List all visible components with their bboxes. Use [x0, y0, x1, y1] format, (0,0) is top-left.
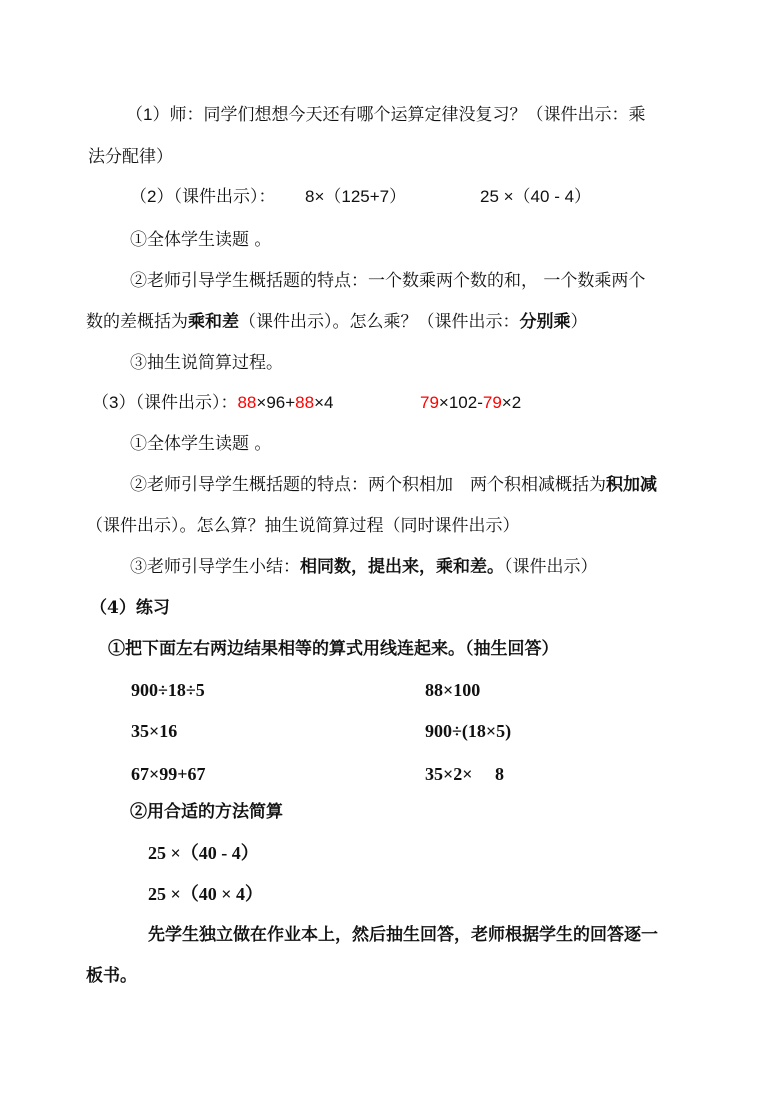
- calc-expr: 25 ×（40 × 4）: [148, 883, 263, 905]
- calc-expr: 25 ×（40 - 4）: [148, 842, 259, 864]
- p4-title: （4）练习: [90, 597, 170, 619]
- p4-note-line1: 先学生独立做在作业本上，然后抽生回答，老师根据学生的回答逐一: [148, 924, 658, 946]
- highlight-number: 88: [295, 393, 314, 412]
- p3-item2-line1: ②老师引导学生概括题的特点：两个积相加 两个积相减概括为积加减: [130, 474, 657, 496]
- p3-line: （3）（课件出示）：88×96+88×4: [92, 392, 333, 414]
- p4-q1: ①把下面左右两边结果相等的算式用线连起来。（抽生回答）: [108, 638, 559, 660]
- p2-expr1: 8×（125+7）: [305, 186, 406, 208]
- text: 数的差概括为: [86, 312, 188, 332]
- p2-expr2: 25 ×（40 - 4）: [480, 186, 591, 208]
- p4-note-line2: 板书。: [86, 965, 137, 987]
- right-expr: 900÷(18×5): [425, 720, 511, 742]
- bold-term: 分别乘: [520, 312, 571, 332]
- p4-q2: ②用合适的方法简算: [130, 801, 283, 823]
- text: ）: [571, 312, 588, 332]
- text: （课件出示）。怎么乘？（课件出示：: [239, 312, 520, 332]
- p1-line1: （1）师：同学们想想今天还有哪个运算定律没复习？（课件出示：乘: [126, 104, 645, 126]
- highlight-number: 79: [483, 393, 502, 412]
- text: （课件出示）: [504, 557, 598, 577]
- left-expr: 900÷18÷5: [131, 679, 205, 701]
- p3-item2-line2: （课件出示）。怎么算？抽生说简算过程（同时课件出示）: [86, 515, 520, 537]
- text: ×2: [502, 393, 521, 412]
- p2-item2-line2: 数的差概括为乘和差（课件出示）。怎么乘？（课件出示：分别乘）: [86, 311, 588, 333]
- p2-item2-line1: ②老师引导学生概括题的特点：一个数乘两个数的和， 一个数乘两个: [130, 270, 645, 292]
- right-expr: 35×2× 8: [425, 763, 504, 785]
- text: ×96+: [256, 393, 295, 412]
- text: ×4: [314, 393, 333, 412]
- text: ③老师引导学生小结：: [130, 557, 300, 577]
- p3-prefix: （3）（课件出示）：: [92, 393, 237, 412]
- p3-item1: ①全体学生读题 。: [130, 433, 271, 455]
- p3-item3: ③老师引导学生小结：相同数，提出来，乘和差。（课件出示）: [130, 556, 598, 578]
- left-expr: 67×99+67: [131, 763, 206, 785]
- p3-expr2: 79×102-79×2: [420, 392, 521, 414]
- text: ×102-: [439, 393, 483, 412]
- left-expr: 35×16: [131, 720, 177, 742]
- p2-item3: ③抽生说简算过程。: [130, 352, 283, 374]
- text: ②老师引导学生概括题的特点：两个积相加 两个积相减概括为: [130, 475, 606, 495]
- highlight-number: 79: [420, 393, 439, 412]
- bold-term: 相同数，提出来，乘和差。: [300, 557, 504, 577]
- bold-term: 积加减: [606, 475, 657, 495]
- p2-prefix: （2）（课件出示）：: [130, 186, 275, 208]
- highlight-number: 88: [237, 393, 256, 412]
- right-expr: 88×100: [425, 679, 480, 701]
- bold-term: 乘和差: [188, 312, 239, 332]
- p2-item1: ①全体学生读题 。: [130, 229, 271, 251]
- p1-line2: 法分配律）: [88, 146, 173, 168]
